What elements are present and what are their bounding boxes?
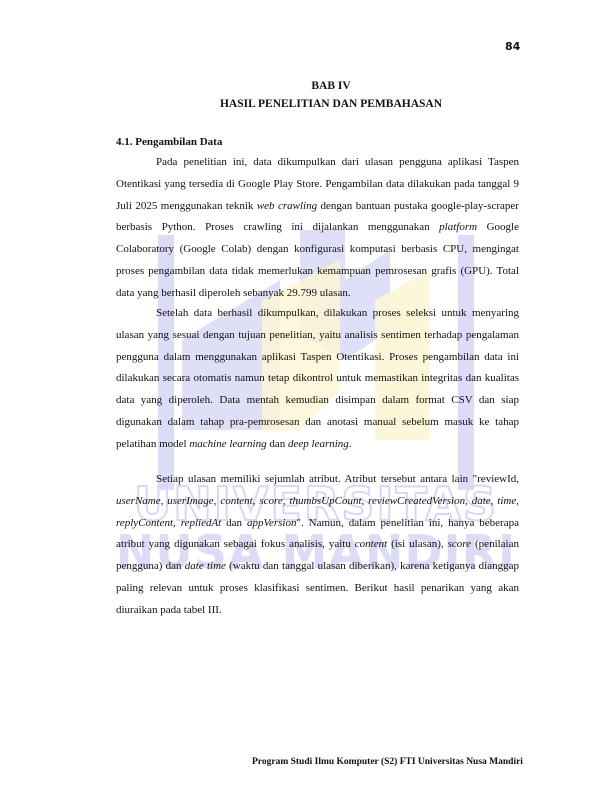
attribute-app-version: appVersion bbox=[247, 517, 297, 529]
paragraph-attributes: Setiap ulasan memiliki sejumlah atribut.… bbox=[116, 469, 519, 622]
text: dan bbox=[267, 438, 288, 450]
page-footer: Program Studi Ilmu Komputer (S2) FTI Uni… bbox=[252, 757, 523, 767]
text: Setiap ulasan memiliki sejumlah atribut.… bbox=[156, 473, 519, 485]
paragraph-data-collection: Pada penelitian ini, data dikumpulkan da… bbox=[116, 152, 519, 305]
chapter-title: HASIL PENELITIAN DAN PEMBAHASAN bbox=[0, 98, 612, 110]
term-web-crawling: web crawling bbox=[257, 200, 317, 212]
page-number: 84 bbox=[505, 40, 520, 53]
text: , bbox=[516, 495, 519, 507]
chapter-number: BAB IV bbox=[0, 80, 612, 92]
text: . bbox=[349, 438, 352, 450]
attribute-list: userName, userImage, content, score, thu… bbox=[116, 495, 516, 507]
term-platform: platform bbox=[439, 221, 477, 233]
paragraph-data-selection: Setelah data berhasil dikumpulkan, dilak… bbox=[116, 303, 519, 456]
attribute-content: content bbox=[355, 538, 387, 550]
attribute-list: replyContent, repliedAt bbox=[116, 517, 221, 529]
term-machine-learning: machine learning bbox=[189, 438, 266, 450]
text: dan bbox=[221, 517, 247, 529]
term-deep-learning: deep learning bbox=[288, 438, 349, 450]
attribute-score: score bbox=[448, 538, 471, 550]
section-title: 4.1. Pengambilan Data bbox=[116, 136, 222, 148]
attribute-date-time: date time bbox=[185, 560, 226, 572]
text: (isi ulasan), bbox=[387, 538, 447, 550]
text: Setelah data berhasil dikumpulkan, dilak… bbox=[116, 307, 519, 450]
